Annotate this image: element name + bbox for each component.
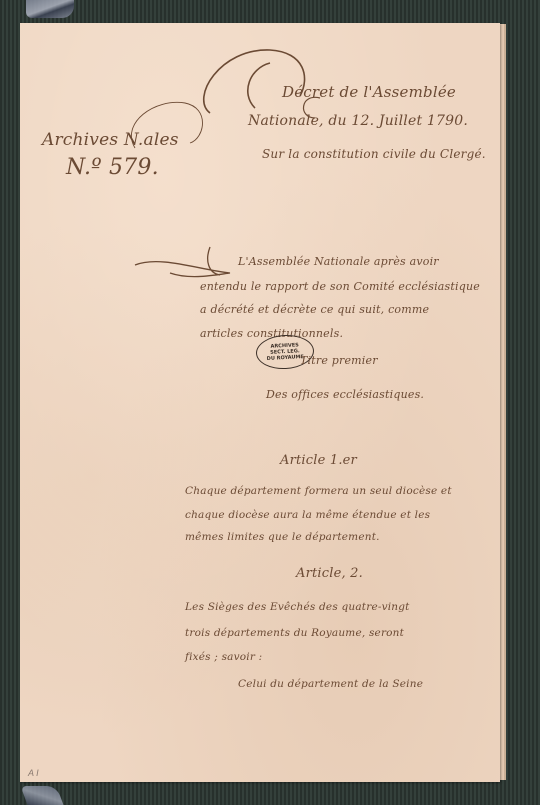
stamp-line3: DU ROYAUME <box>267 354 304 362</box>
article2-line2: trois départements du Royaume, seront <box>185 627 404 639</box>
flourish-L-icon <box>130 245 250 285</box>
article1-heading: Article 1.er <box>280 453 357 468</box>
article2-heading: Article, 2. <box>296 566 363 581</box>
ribbon-bottom <box>21 786 64 805</box>
preamble-line1: L'Assemblée Nationale après avoir <box>238 255 439 268</box>
archive-mark-line1: Archives N.ales <box>42 130 179 150</box>
preamble-line2: entendu le rapport de son Comité ecclési… <box>200 280 480 293</box>
manuscript-page: Archives N.ales N.º 579. Décret de l'Ass… <box>20 23 500 782</box>
title-line2: Des offices ecclésiastiques. <box>266 388 424 401</box>
article1-line1: Chaque département formera un seul diocè… <box>185 485 452 497</box>
article1-line3: mêmes limites que le département. <box>185 531 380 543</box>
ribbon-top <box>26 0 74 18</box>
article1-line2: chaque diocèse aura la même étendue et l… <box>185 509 430 521</box>
title-line1: Titre premier <box>300 354 378 367</box>
preamble-line3: a décrété et décrète ce qui suit, comme <box>200 303 429 316</box>
article2-line1: Les Sièges des Evêchés des quatre-vingt <box>185 601 410 613</box>
heading-line2: Nationale, du 12. Juillet 1790. <box>248 113 468 129</box>
heading-line1: Décret de l'Assemblée <box>282 83 456 101</box>
archive-mark-line2: N.º 579. <box>66 155 159 180</box>
pencil-note: A I <box>28 768 39 778</box>
heading-line3: Sur la constitution civile du Clergé. <box>262 147 486 161</box>
article2-line4: Celui du département de la Seine <box>238 678 423 690</box>
article2-line3: fixés ; savoir : <box>185 651 262 663</box>
